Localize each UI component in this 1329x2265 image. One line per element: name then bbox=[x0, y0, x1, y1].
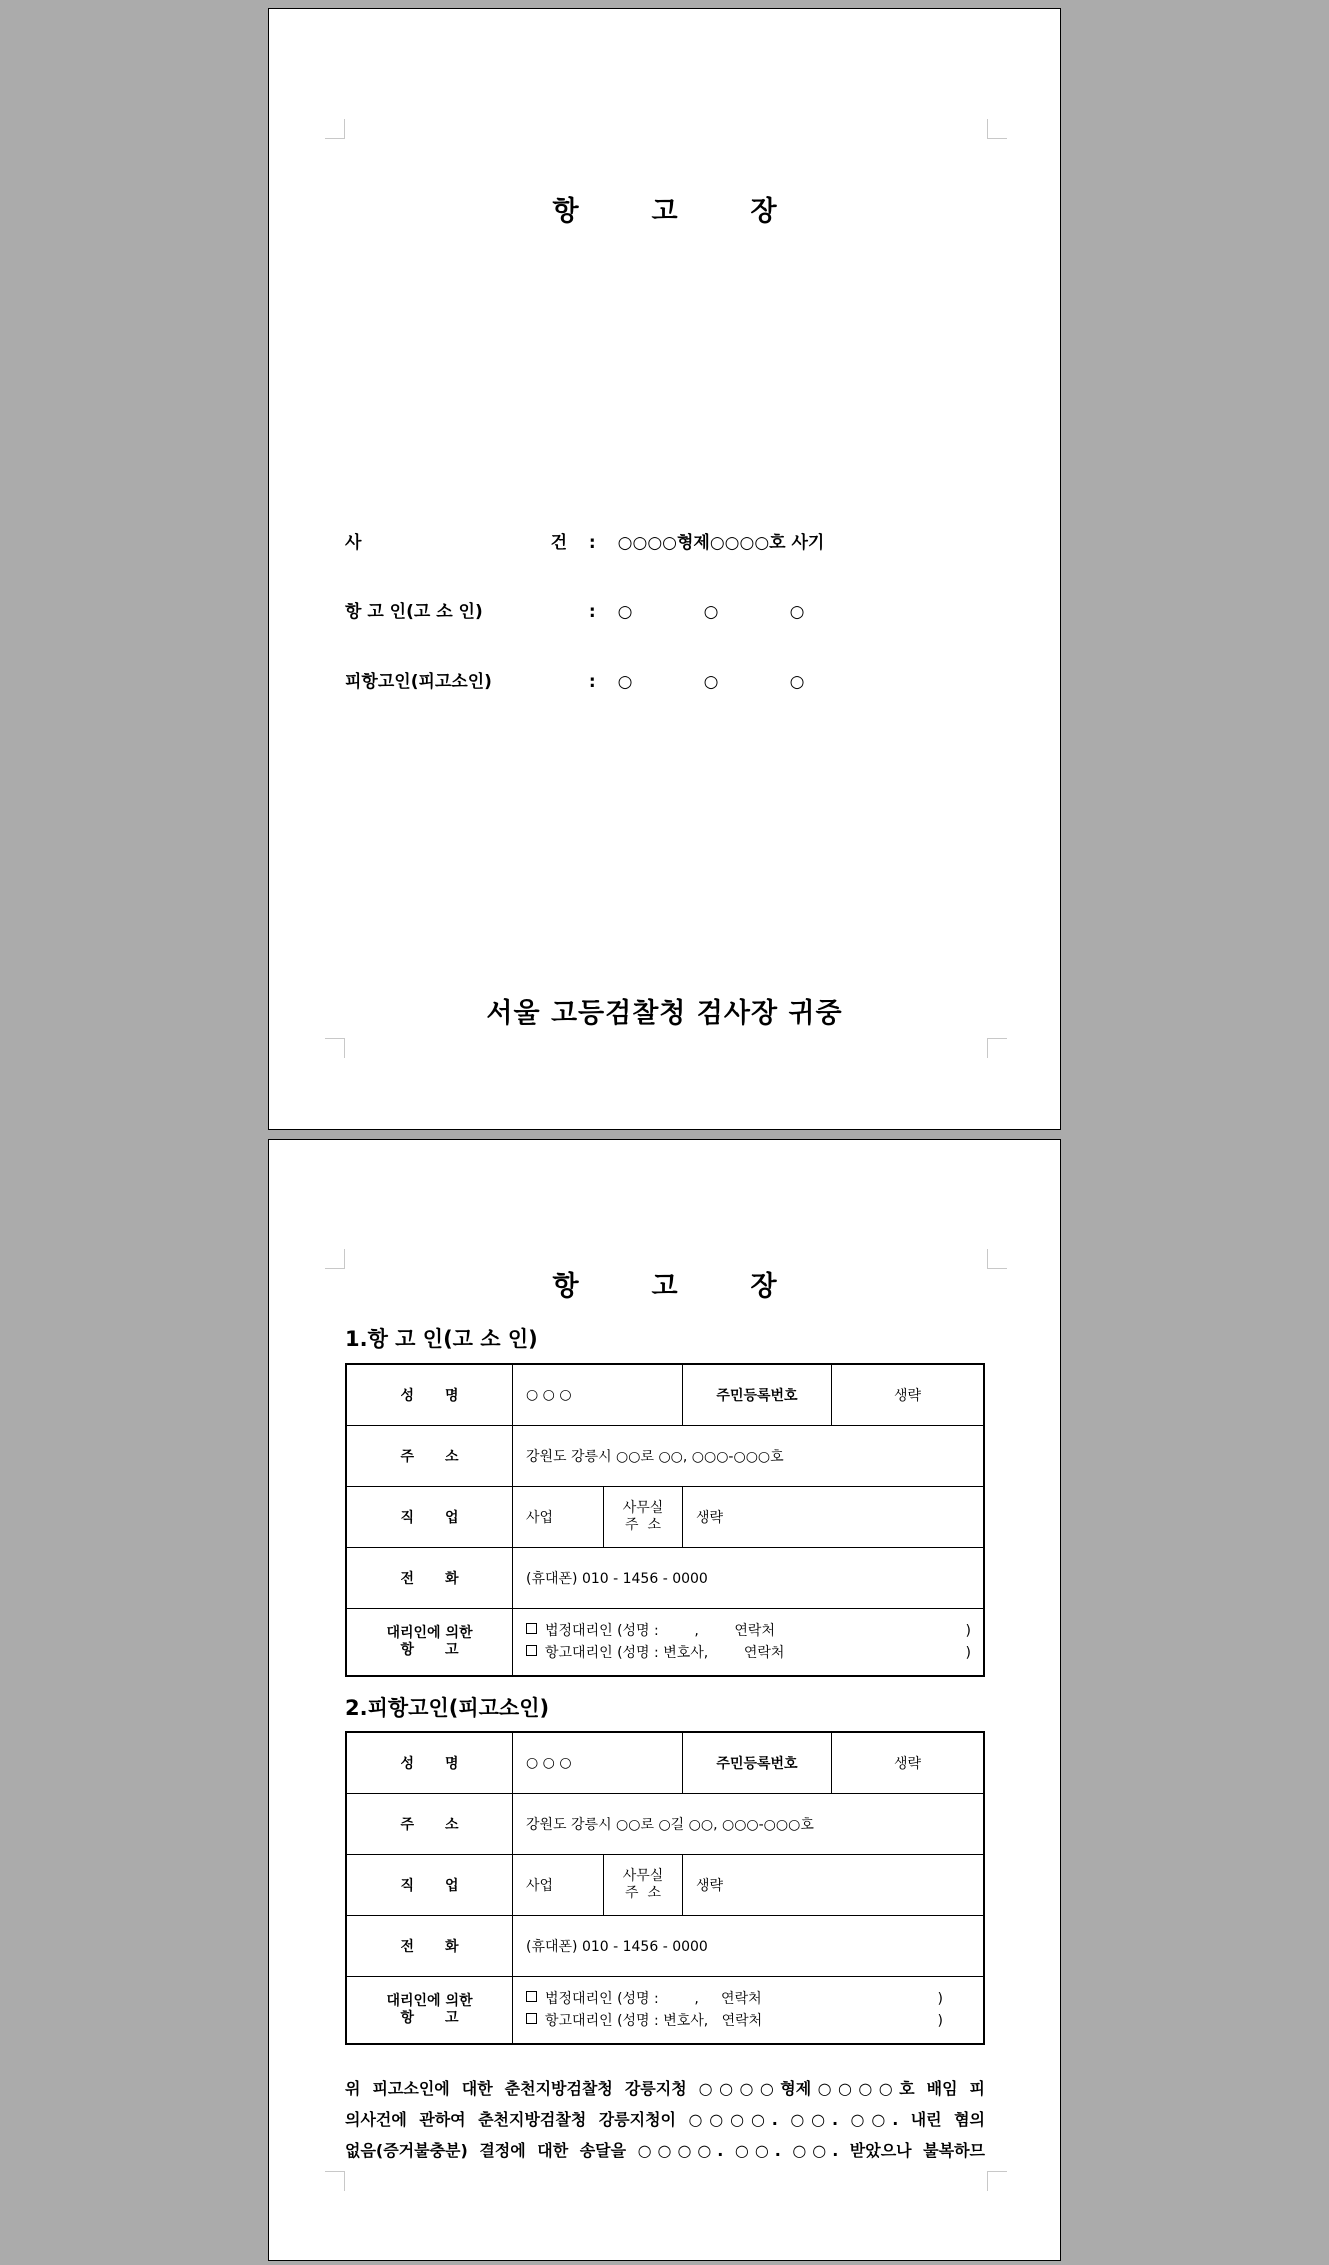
body-line: 의사건에 관하여 춘천지방검찰청 강릉지청이 ○○○○. ○○. ○○. 내린 … bbox=[345, 2104, 985, 2135]
title-char: 고 bbox=[610, 189, 720, 228]
colon: : bbox=[589, 602, 596, 622]
office-address-value: 생략 bbox=[683, 1855, 985, 1916]
table-row: 대리인에 의한 항 고 법정대리인 (성명 : , 연락처) 항고대리인 (성명… bbox=[346, 1609, 984, 1677]
address-value: 강원도 강릉시 ○○로 ○길 ○○, ○○○-○○○호 bbox=[513, 1794, 985, 1855]
address-label: 주 소 bbox=[346, 1426, 513, 1487]
representative-label: 대리인에 의한 항 고 bbox=[346, 1977, 513, 2045]
title-char: 장 bbox=[720, 189, 808, 228]
appellant-name-char: ○ bbox=[704, 602, 790, 622]
appellee-name-char: ○ bbox=[618, 672, 704, 692]
margin-corner-mark bbox=[325, 1038, 345, 1058]
phone-value: (휴대폰) 010 - 1456 - 0000 bbox=[513, 1548, 985, 1609]
title-char: 항 bbox=[522, 1264, 610, 1303]
table-row: 전 화 (휴대폰) 010 - 1456 - 0000 bbox=[346, 1548, 984, 1609]
document-page-2: 항고장 1.항 고 인(고 소 인) 성 명 ○ ○ ○ 주민등록번호 생략 주… bbox=[268, 1139, 1061, 2261]
table-row: 직 업 사업 사무실주 소 생략 bbox=[346, 1855, 984, 1916]
office-address-label: 사무실주 소 bbox=[604, 1487, 683, 1548]
body-line: 위 피고소인에 대한 춘천지방검찰청 강릉지청 ○○○○형제○○○○호 배임 피 bbox=[345, 2073, 985, 2104]
job-label: 직 업 bbox=[346, 1487, 513, 1548]
table-row: 주 소 강원도 강릉시 ○○로 ○○, ○○○-○○○호 bbox=[346, 1426, 984, 1487]
legal-representative-option[interactable]: 법정대리인 (성명 : , 연락처) bbox=[526, 1620, 983, 1642]
office-address-label: 사무실주 소 bbox=[604, 1855, 683, 1916]
checkbox-icon[interactable] bbox=[526, 1991, 537, 2002]
appellant-name-char: ○ bbox=[790, 602, 805, 622]
margin-corner-mark bbox=[987, 2171, 1007, 2191]
checkbox-icon[interactable] bbox=[526, 1623, 537, 1634]
document-page-1: 항고장 사건 : ○○○○형제○○○○호 사기 항 고 인(고 소 인) : ○… bbox=[268, 8, 1061, 1130]
table-row: 성 명 ○ ○ ○ 주민등록번호 생략 bbox=[346, 1364, 984, 1426]
office-address-value: 생략 bbox=[683, 1487, 985, 1548]
appellee-label: 피항고인(피고소인) bbox=[345, 667, 567, 692]
page-title: 항고장 bbox=[269, 189, 1060, 228]
table-row: 대리인에 의한 항 고 법정대리인 (성명 : , 연락처) 항고대리인 (성명… bbox=[346, 1977, 984, 2045]
job-value: 사업 bbox=[513, 1487, 604, 1548]
appellee-info-table: 성 명 ○ ○ ○ 주민등록번호 생략 주 소 강원도 강릉시 ○○로 ○길 ○… bbox=[345, 1731, 985, 2045]
body-paragraph: 위 피고소인에 대한 춘천지방검찰청 강릉지청 ○○○○형제○○○○호 배임 피… bbox=[345, 2073, 985, 2166]
checkbox-icon[interactable] bbox=[526, 2013, 537, 2024]
phone-value: (휴대폰) 010 - 1456 - 0000 bbox=[513, 1916, 985, 1977]
body-line: 없음(증거불충분) 결정에 대한 송달을 ○○○○. ○○. ○○. 받았으나 … bbox=[345, 2135, 985, 2166]
appellant-info-table: 성 명 ○ ○ ○ 주민등록번호 생략 주 소 강원도 강릉시 ○○로 ○○, … bbox=[345, 1363, 985, 1677]
name-label: 성 명 bbox=[346, 1364, 513, 1426]
job-label: 직 업 bbox=[346, 1855, 513, 1916]
legal-representative-option[interactable]: 법정대리인 (성명 : , 연락처) bbox=[526, 1988, 983, 2010]
appeal-attorney-option[interactable]: 항고대리인 (성명 : 변호사, 연락처) bbox=[526, 2010, 983, 2032]
rrn-label: 주민등록번호 bbox=[683, 1732, 832, 1794]
appellee-name-char: ○ bbox=[704, 672, 790, 692]
table-row: 직 업 사업 사무실주 소 생략 bbox=[346, 1487, 984, 1548]
phone-label: 전 화 bbox=[346, 1548, 513, 1609]
case-row: 사건 : ○○○○형제○○○○호 사기 bbox=[345, 528, 824, 553]
appellant-label: 항 고 인(고 소 인) bbox=[345, 597, 567, 622]
section-heading-appellant: 1.항 고 인(고 소 인) bbox=[345, 1323, 538, 1353]
appellant-row: 항 고 인(고 소 인) : ○○○ bbox=[345, 597, 805, 622]
case-label: 사건 bbox=[345, 528, 567, 553]
colon: : bbox=[589, 672, 596, 692]
table-row: 성 명 ○ ○ ○ 주민등록번호 생략 bbox=[346, 1732, 984, 1794]
colon: : bbox=[589, 533, 596, 553]
phone-label: 전 화 bbox=[346, 1916, 513, 1977]
name-value: ○ ○ ○ bbox=[513, 1732, 683, 1794]
address-label: 주 소 bbox=[346, 1794, 513, 1855]
representative-options: 법정대리인 (성명 : , 연락처) 항고대리인 (성명 : 변호사, 연락처) bbox=[513, 1977, 985, 2045]
margin-corner-mark bbox=[987, 119, 1007, 139]
appellee-name-char: ○ bbox=[790, 672, 805, 692]
title-char: 고 bbox=[610, 1264, 720, 1303]
name-label: 성 명 bbox=[346, 1732, 513, 1794]
rrn-value: 생략 bbox=[832, 1732, 985, 1794]
margin-corner-mark bbox=[987, 1038, 1007, 1058]
case-label-part: 건 bbox=[551, 528, 567, 553]
appellee-row: 피항고인(피고소인) : ○○○ bbox=[345, 667, 805, 692]
table-row: 전 화 (휴대폰) 010 - 1456 - 0000 bbox=[346, 1916, 984, 1977]
rrn-value: 생략 bbox=[832, 1364, 985, 1426]
case-value: ○○○○형제○○○○호 사기 bbox=[618, 533, 825, 553]
margin-corner-mark bbox=[325, 2171, 345, 2191]
representative-options: 법정대리인 (성명 : , 연락처) 항고대리인 (성명 : 변호사, 연락처) bbox=[513, 1609, 985, 1677]
case-label-part: 사 bbox=[345, 528, 361, 553]
section-heading-appellee: 2.피항고인(피고소인) bbox=[345, 1692, 549, 1722]
page-title: 항고장 bbox=[269, 1264, 1060, 1303]
address-value: 강원도 강릉시 ○○로 ○○, ○○○-○○○호 bbox=[513, 1426, 985, 1487]
title-char: 장 bbox=[720, 1264, 808, 1303]
table-row: 주 소 강원도 강릉시 ○○로 ○길 ○○, ○○○-○○○호 bbox=[346, 1794, 984, 1855]
rrn-label: 주민등록번호 bbox=[683, 1364, 832, 1426]
job-value: 사업 bbox=[513, 1855, 604, 1916]
appellant-name-char: ○ bbox=[618, 602, 704, 622]
representative-label: 대리인에 의한 항 고 bbox=[346, 1609, 513, 1677]
checkbox-icon[interactable] bbox=[526, 1645, 537, 1656]
appeal-attorney-option[interactable]: 항고대리인 (성명 : 변호사, 연락처) bbox=[526, 1642, 983, 1664]
margin-corner-mark bbox=[325, 119, 345, 139]
name-value: ○ ○ ○ bbox=[513, 1364, 683, 1426]
title-char: 항 bbox=[522, 189, 610, 228]
addressee: 서울 고등검찰청 검사장 귀중 bbox=[269, 991, 1060, 1030]
